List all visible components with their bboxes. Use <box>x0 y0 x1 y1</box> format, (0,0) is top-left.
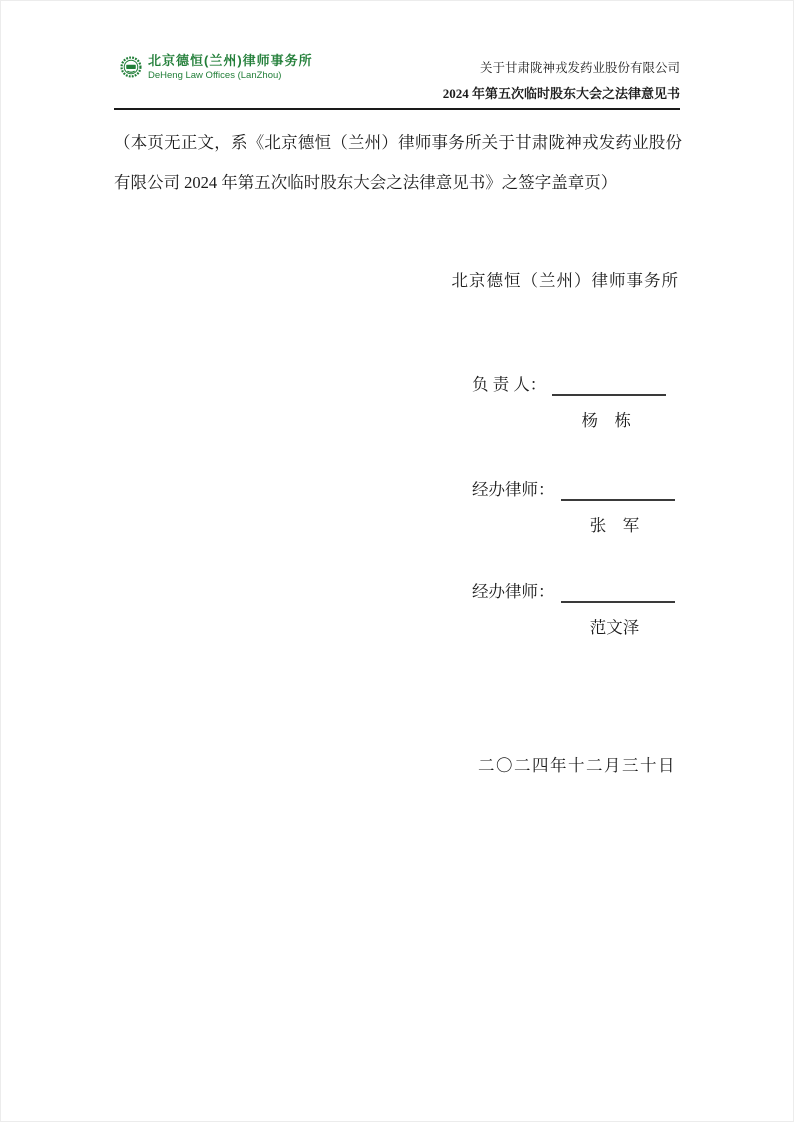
signature-name: 张 军 <box>555 512 675 536</box>
doc-title-line2: 2024 年第五次临时股东大会之法律意见书 <box>443 86 680 102</box>
signing-firm-name: 北京德恒（兰州）律师事务所 <box>452 267 680 291</box>
signature-label: 负 责 人： <box>472 373 546 396</box>
firm-name-en: DeHeng Law Offices (LanZhou) <box>148 69 313 82</box>
signature-row: 经办律师： <box>472 580 675 603</box>
no-text-statement: （本页无正文，系《北京德恒（兰州）律师事务所关于甘肃陇神戎发药业股份有限公司 2… <box>114 123 682 203</box>
signature-line <box>552 374 666 396</box>
signature-block-lawyer-2: 经办律师： 经办律师： 范文泽 <box>472 580 675 638</box>
signature-name: 范文泽 <box>555 614 675 638</box>
doc-title-line1: 关于甘肃陇神戎发药业股份有限公司 <box>443 60 680 76</box>
signature-row: 负 责 人： <box>472 373 666 396</box>
firm-logo: 北京德恒(兰州)律师事务所 DeHeng Law Offices (LanZho… <box>120 53 313 83</box>
signature-line <box>561 479 675 501</box>
signature-name: 杨 栋 <box>546 407 666 431</box>
signature-block-lawyer-1: 经办律师： 经办律师： 张 军 <box>472 478 675 536</box>
signature-row: 经办律师： <box>472 478 675 501</box>
document-page: 北京德恒(兰州)律师事务所 DeHeng Law Offices (LanZho… <box>0 0 794 1122</box>
signature-line <box>561 581 675 603</box>
firm-logo-text: 北京德恒(兰州)律师事务所 DeHeng Law Offices (LanZho… <box>148 53 313 82</box>
signature-name-row: 负 责 人： 杨 栋 <box>472 407 666 431</box>
signature-label: 经办律师： <box>472 580 555 603</box>
deheng-seal-icon <box>120 56 142 83</box>
header-doc-title: 关于甘肃陇神戎发药业股份有限公司 2024 年第五次临时股东大会之法律意见书 <box>443 60 680 102</box>
header-divider <box>114 108 680 110</box>
signature-label: 经办律师： <box>472 478 555 501</box>
firm-name-cn: 北京德恒(兰州)律师事务所 <box>148 53 313 69</box>
document-date: 二〇二四年十二月三十日 <box>478 752 676 776</box>
signature-block-head: 负 责 人： 负 责 人： 杨 栋 <box>472 373 666 431</box>
signature-name-row: 经办律师： 张 军 <box>472 512 675 536</box>
signature-name-row: 经办律师： 范文泽 <box>472 614 675 638</box>
